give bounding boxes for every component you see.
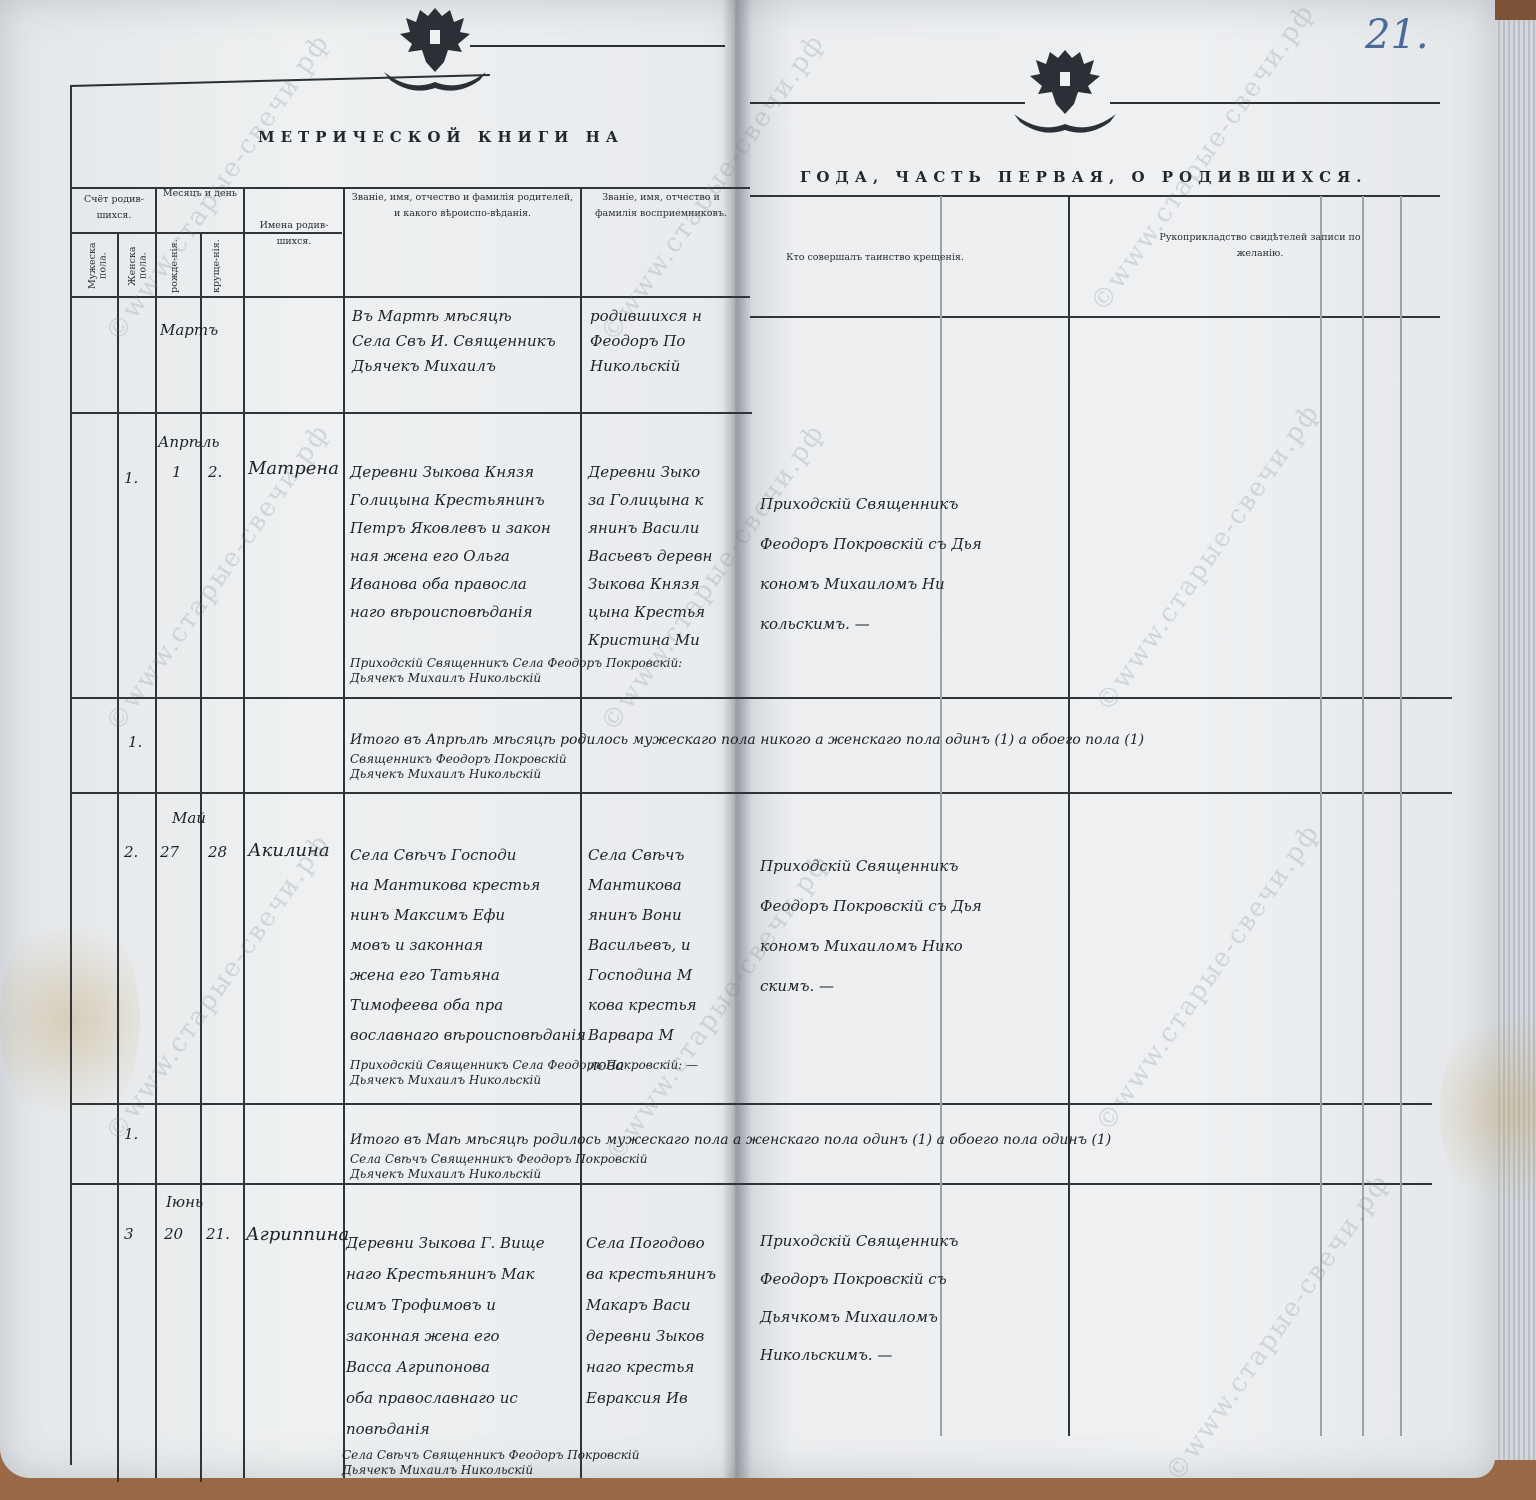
row-line (72, 412, 752, 414)
col-line (1068, 196, 1070, 1436)
header-performed-by: Кто совершалъ таинство крещенія. (760, 250, 990, 266)
header-line (750, 316, 1440, 318)
entry-parents: Въ Мартѣ мѣсяцѣ Села Свъ И. Священникъ Д… (352, 304, 556, 379)
entry-performed-by: Приходскій Священникъ Феодоръ Покровскій… (760, 484, 982, 644)
entry-born-day: 1 (172, 460, 182, 485)
col-line-bleed (1362, 196, 1364, 1436)
header-rule (750, 102, 1025, 104)
summary-count: 1. (128, 730, 142, 755)
month-summary: Итого въ Апрѣлѣ мѣсяцѣ родилось мужескаг… (350, 728, 1144, 753)
entry-child-name: Агриппина (246, 1222, 349, 1247)
month-summary: Итого въ Маѣ мѣсяцѣ родилось мужескаго п… (350, 1128, 1111, 1153)
table-border (70, 85, 72, 1465)
double-headed-eagle-crest-icon (1010, 42, 1120, 137)
summary-signatures: Священникъ Феодоръ Покровскій Дьячекъ Ми… (350, 752, 567, 782)
col-line (580, 188, 582, 1478)
entry-month: Іюнь (166, 1190, 203, 1215)
double-headed-eagle-crest-icon (380, 0, 490, 95)
header-rule (470, 45, 725, 47)
header-signatures: Рукоприкладство свидѣтелей записи по жел… (1140, 230, 1380, 262)
col-line (343, 188, 345, 1478)
left-page-title: МЕТРИЧЕСКОЙ КНИГИ НА (258, 128, 624, 146)
col-line-bleed (1400, 196, 1402, 1436)
row-line (72, 792, 1452, 794)
col-line (117, 232, 119, 1482)
header-baptized: круще-нія. (212, 238, 222, 294)
col-line (243, 188, 245, 1478)
header-child-name: Имена родив-шихся. (250, 218, 338, 250)
entry-month: Апрѣль (158, 430, 220, 455)
entry-count: 2. (124, 840, 138, 865)
entry-baptized-day: 28 (208, 840, 227, 865)
entry-parents: Села Свѣчъ Господи на Мантикова крестья … (350, 840, 586, 1050)
entry-signatures: Села Свѣчъ Священникъ Феодоръ Покровскій… (342, 1448, 639, 1478)
open-register-book: 21. МЕТРИЧЕСКОЙ КНИГИ НА ГОДА, ЧАСТЬ ПЕР… (0, 0, 1536, 1480)
entry-born-day: 27 (160, 840, 179, 865)
row-line (72, 1103, 1432, 1105)
entry-godparents: Села Погодово ва крестьянинъ Макаръ Васи… (586, 1228, 716, 1414)
row-line (72, 1183, 1432, 1185)
entry-parents: Деревни Зыкова Князя Голицына Крестьянин… (350, 458, 551, 626)
entry-born-day: 20 (164, 1222, 183, 1247)
entry-month: Мартъ (160, 318, 218, 343)
entry-baptized-day: 21. (206, 1222, 230, 1247)
entry-count: 1. (124, 466, 138, 491)
entry-parents: Деревни Зыкова Г. Вище наго Крестьянинъ … (346, 1228, 545, 1445)
header-male: Мужеска пола. (88, 238, 109, 294)
entry-month: Май (172, 806, 206, 831)
header-line (750, 195, 1440, 197)
col-line (200, 232, 202, 1482)
summary-signatures: Села Свѣчъ Священникъ Феодоръ Покровскій… (350, 1152, 647, 1182)
entry-baptized-day: 2. (208, 460, 222, 485)
row-line (72, 697, 1452, 699)
header-rule (1110, 102, 1440, 104)
right-page-title: ГОДА, ЧАСТЬ ПЕРВАЯ, О РОДИВШИХСЯ. (800, 168, 1368, 186)
header-birth-count: Счёт родив-шихся. (76, 192, 152, 224)
entry-performed-by: Приходскій Священникъ Феодоръ Покровскій… (760, 1222, 958, 1374)
col-line (155, 188, 157, 1478)
header-parents: Званіе, имя, отчество и фамилія родителе… (350, 190, 575, 222)
entry-count: 3 (124, 1222, 134, 1247)
folio-number: 21. (1365, 12, 1429, 58)
